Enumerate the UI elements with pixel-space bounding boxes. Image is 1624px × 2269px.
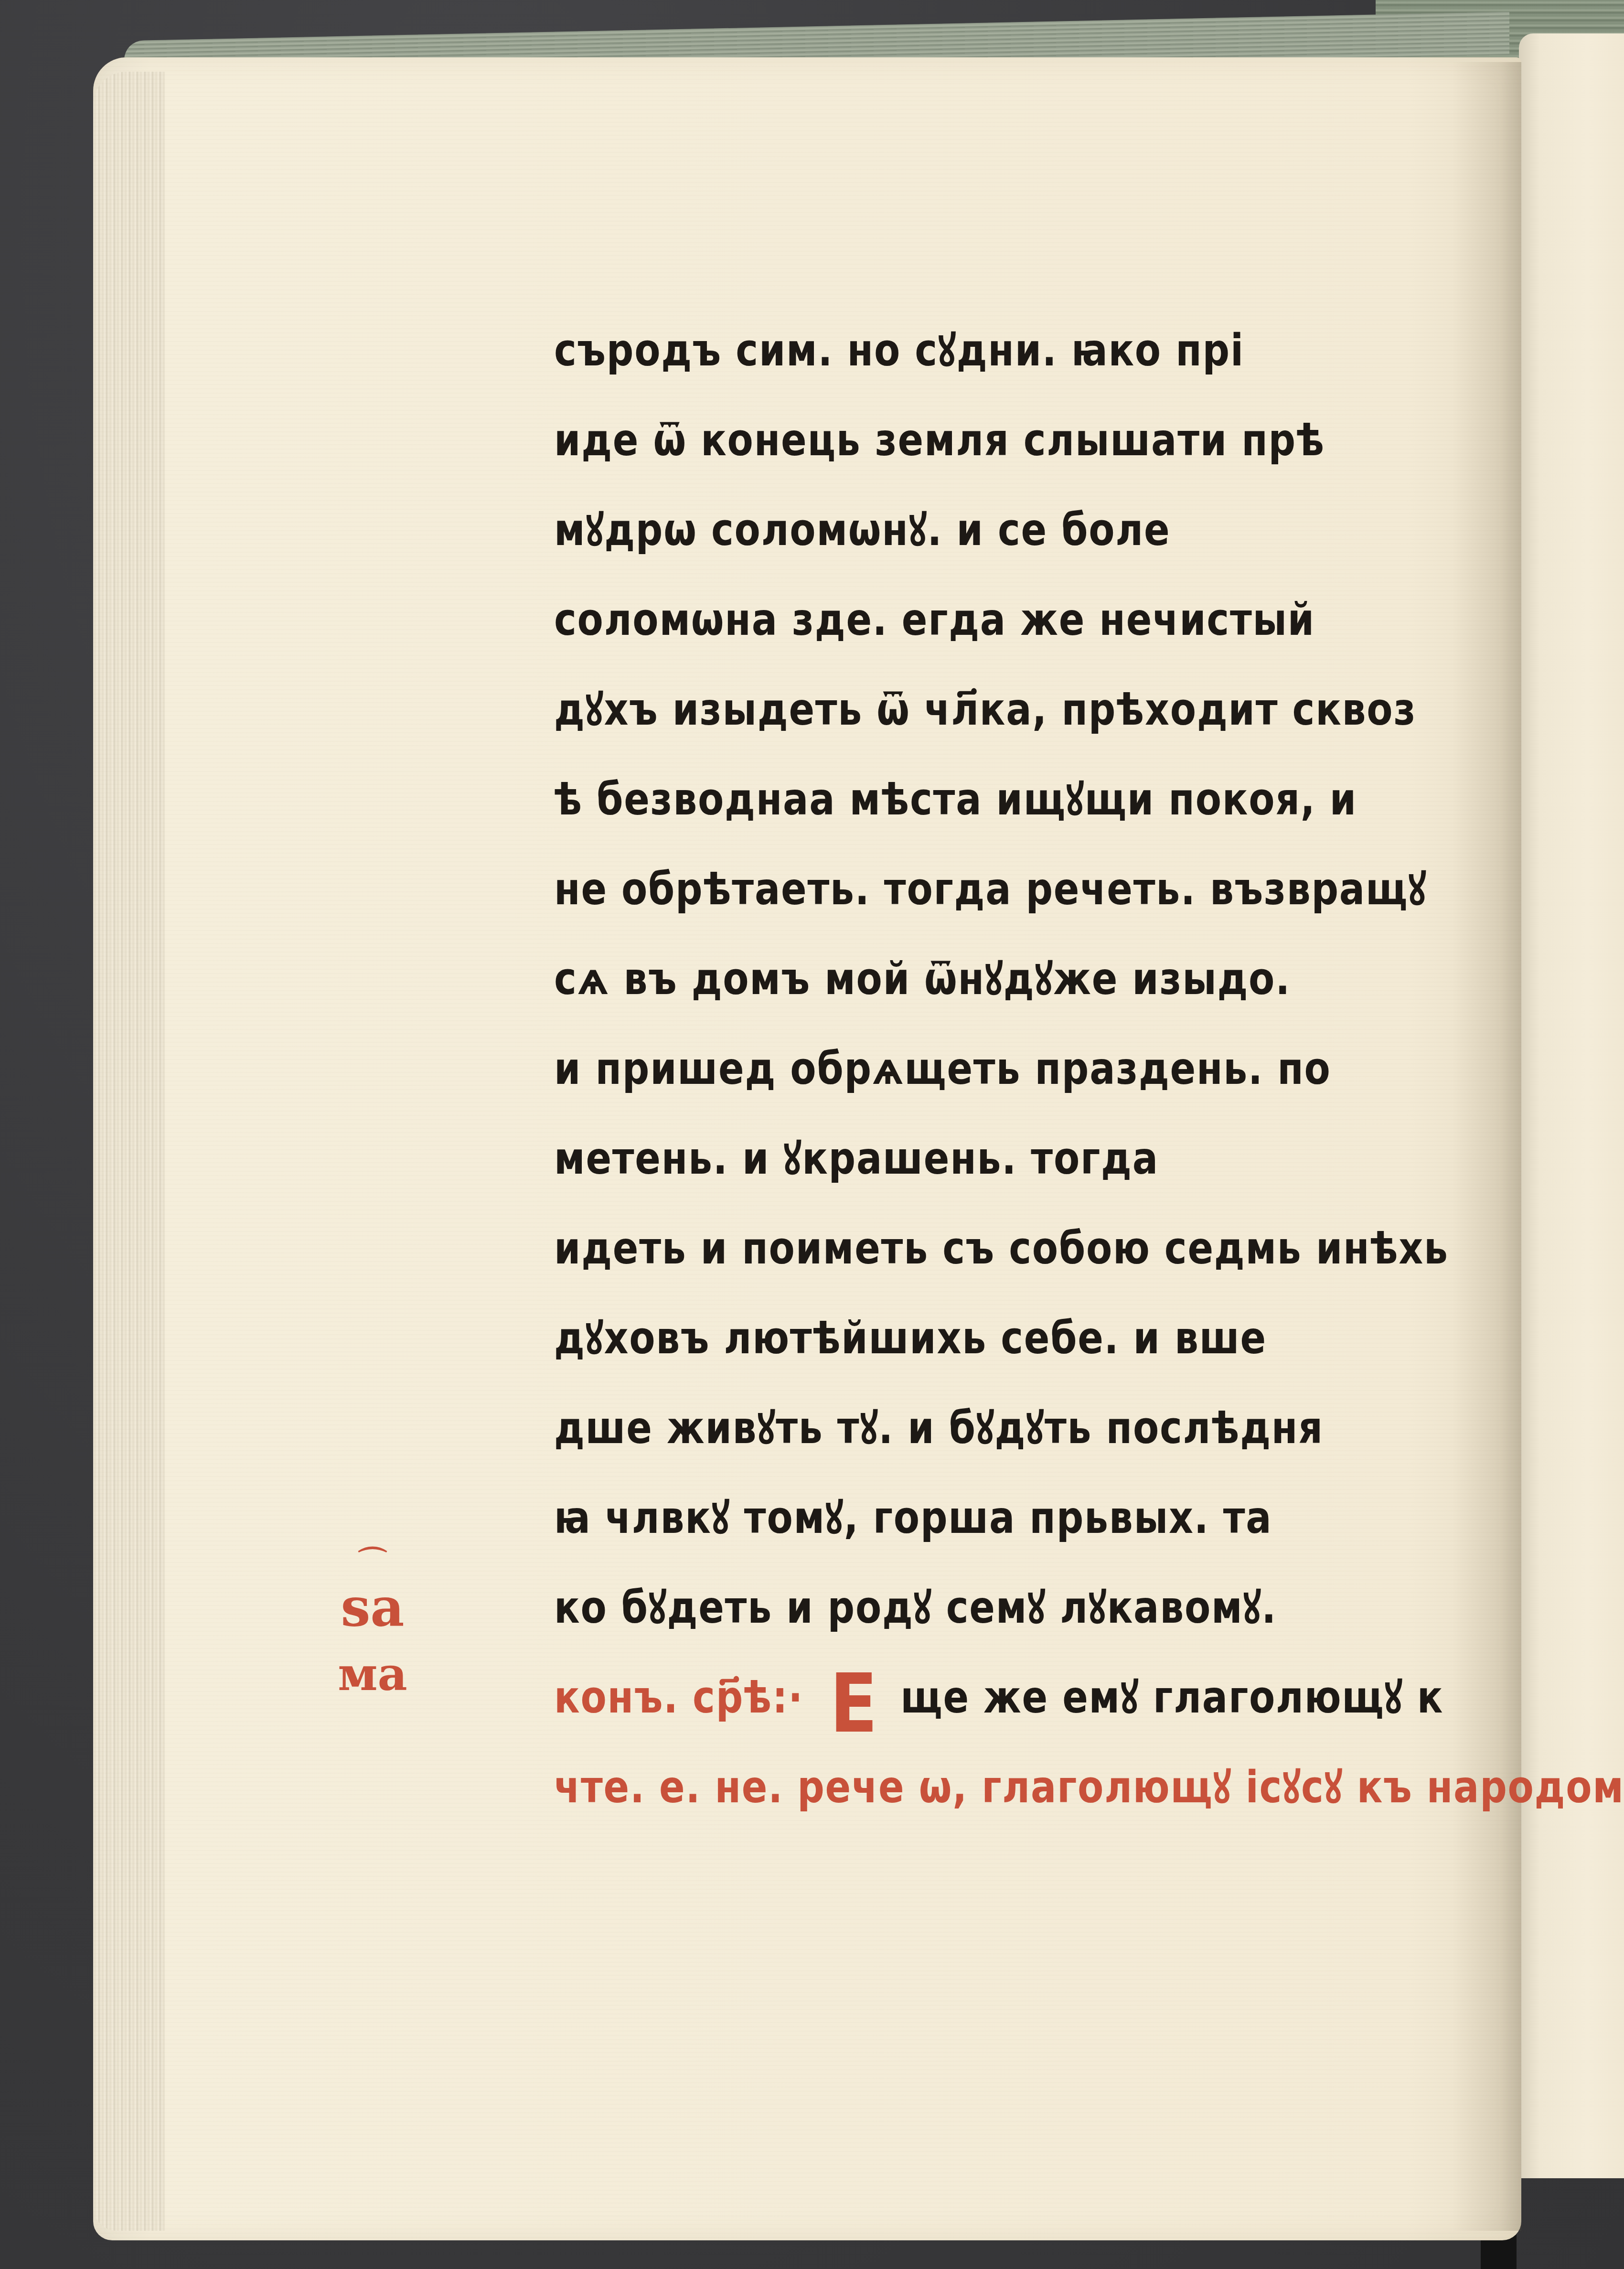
text-line-10: метень. и ꙋкрашень. тогда — [554, 1114, 1343, 1204]
text-line-4: соломѡна зде. егда же нечистый — [554, 575, 1343, 665]
text-line-6: ѣ безводнаа мѣста ищꙋщи покоя, и — [554, 755, 1343, 845]
text-block: съродъ сим. но сꙋдни. ꙗко прі иде ѿ коне… — [554, 306, 1471, 1832]
text-line-7: не обрѣтаеть. тогда речеть. възвращꙋ — [554, 845, 1343, 934]
red-initial-letter: Е — [830, 1680, 878, 1728]
margin-note-line-2: ма — [310, 1643, 435, 1705]
rubric-line: конъ. ср҃ѣ:· Е ще же емꙋ глаголющꙋ к — [554, 1653, 1343, 1743]
stacked-page-edges — [93, 72, 165, 2231]
text-line-9: и пришед обрѧщеть праздень. по — [554, 1024, 1343, 1114]
text-line-3: мꙋдрѡ соломѡнꙋ. и се боле — [554, 485, 1343, 575]
text-line-14: ꙗ члвкꙋ томꙋ, горша прьвых. та — [554, 1473, 1343, 1563]
text-line-2: иде ѿ конець земля слышати прѣ — [554, 396, 1343, 485]
text-line-1: съродъ сим. но сꙋдни. ꙗко прі — [554, 306, 1343, 396]
margin-note-line-1: ѕа — [310, 1572, 435, 1643]
rubric-continuation: ще же емꙋ глаголющꙋ к — [900, 1672, 1443, 1723]
final-red-line: чте. е. не. рече ѡ, глаголющꙋ ісꙋсꙋ къ н… — [554, 1743, 1343, 1832]
margin-zachalo-note: ⌒ ѕа ма — [310, 1552, 435, 1705]
text-line-5: дꙋхъ изыдеть ѿ чл҃ка, прѣходит сквоз — [554, 665, 1343, 755]
text-line-11: идеть и поиметь съ собою седмь инѣхь — [554, 1204, 1343, 1294]
text-line-13: дше живꙋть тꙋ. и бꙋдꙋть послѣдня — [554, 1383, 1343, 1473]
facing-page — [1519, 33, 1624, 2178]
text-line-8: сѧ въ домъ мой ѿнꙋдꙋже изыдо. — [554, 934, 1343, 1024]
rubric-prefix: конъ. ср҃ѣ:· — [554, 1672, 803, 1723]
titlo-mark-icon: ⌒ — [310, 1552, 435, 1572]
text-line-15: ко бꙋдеть и родꙋ семꙋ лꙋкавомꙋ. — [554, 1563, 1343, 1653]
text-line-12: дꙋховъ лютѣйшихь себе. и вше — [554, 1294, 1343, 1383]
